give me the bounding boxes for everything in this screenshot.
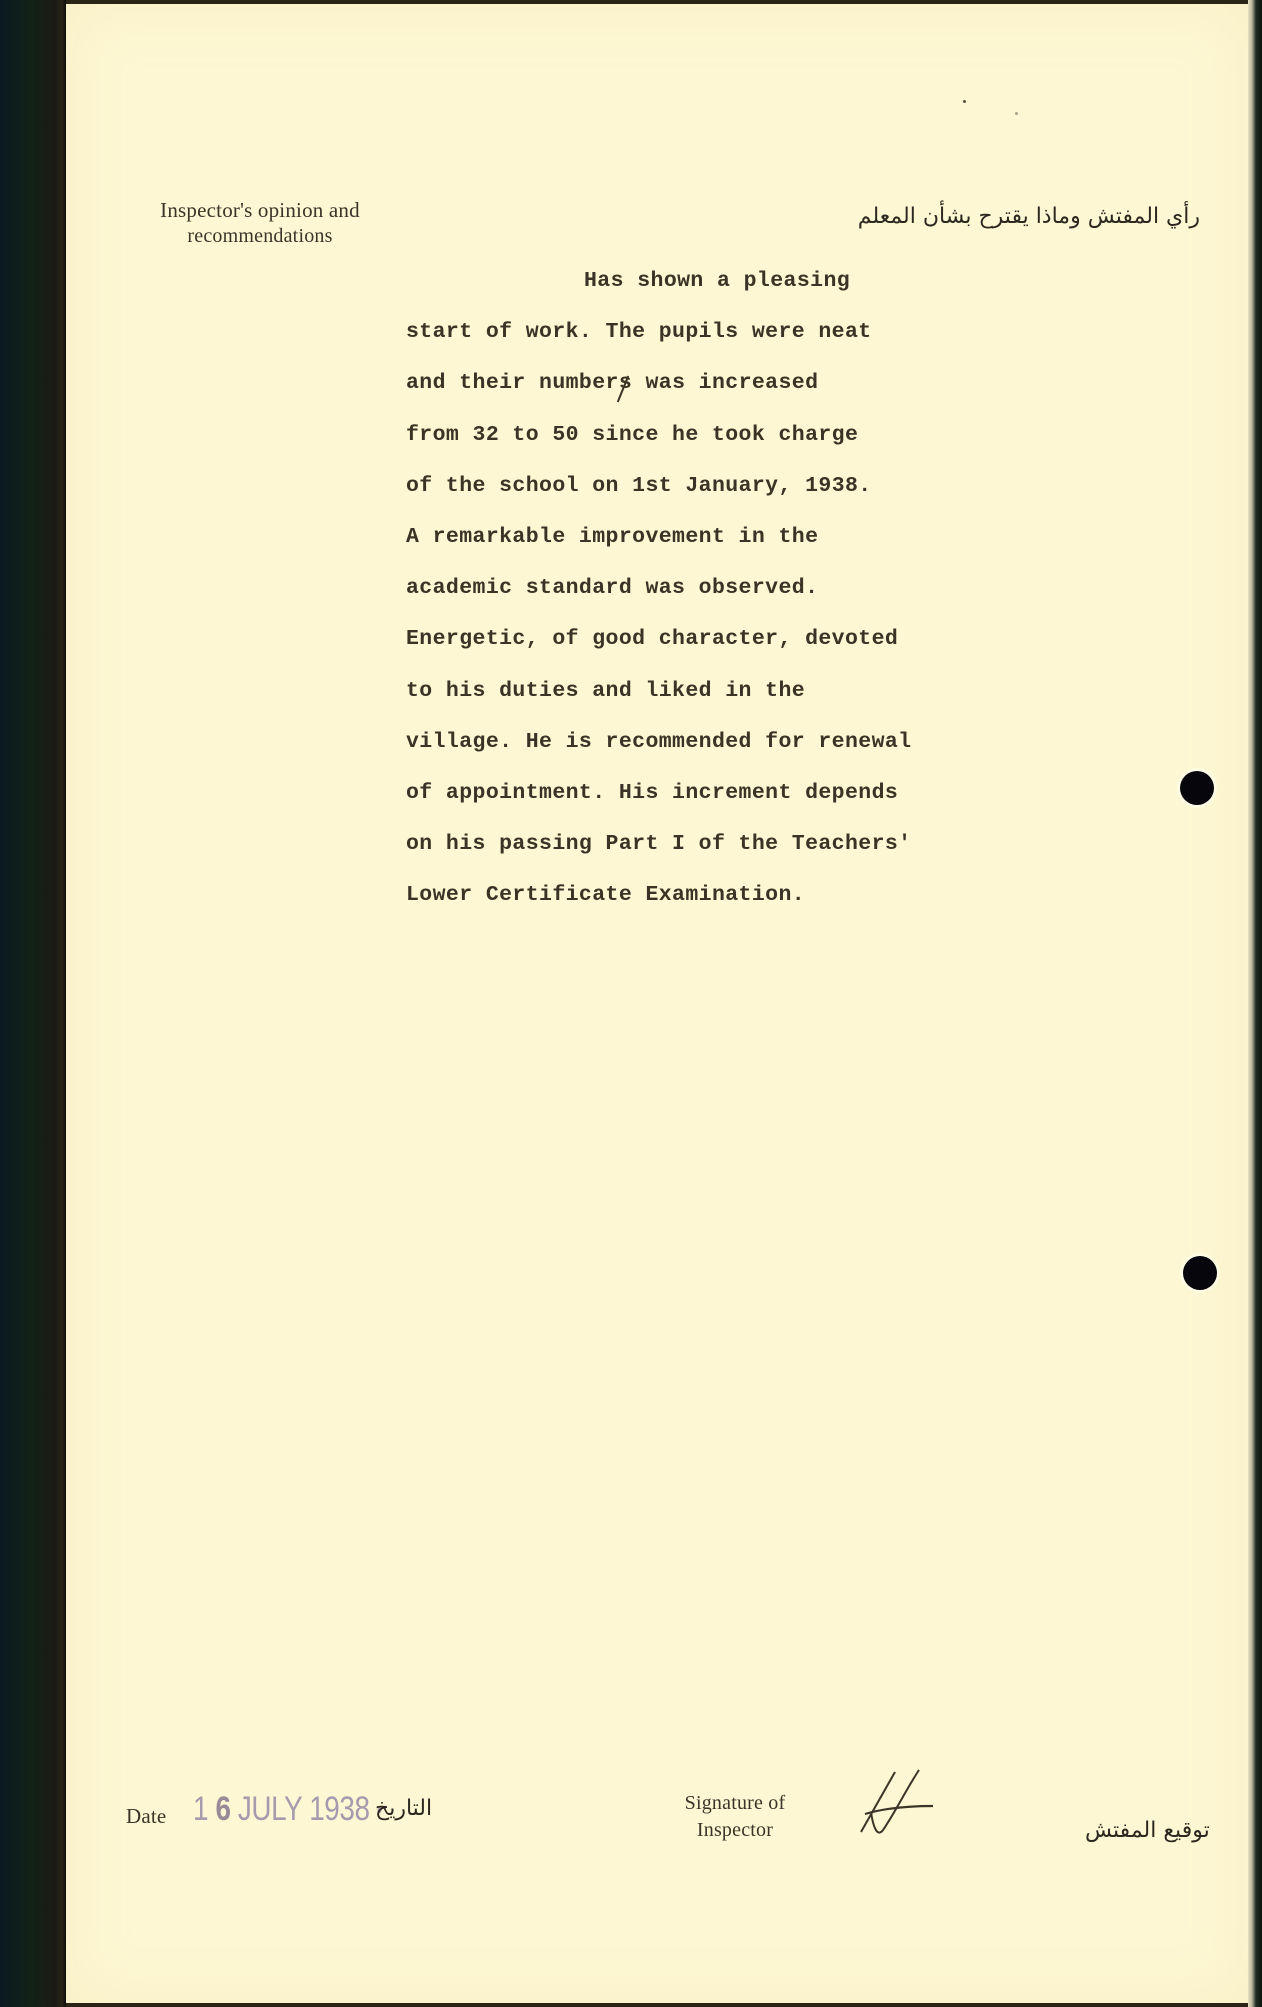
date-stamp: 1 6 JULY 1938 • (193, 1790, 382, 1829)
typed-segment: January, 1938. (672, 474, 872, 498)
stamp-month-year: JULY 1938 (231, 1790, 370, 1828)
typed-line: from 32 to 50 since he took charge (406, 410, 1026, 461)
typed-line: Energetic, of good character, devoted (406, 614, 1026, 665)
typed-line: Lower Certificate Examination. (406, 870, 1026, 921)
stamp-day-2: 6 (215, 1790, 230, 1828)
typed-line: academic standard was observed. (406, 563, 1026, 614)
typed-segment: and their number (406, 371, 619, 395)
typed-line: on his passing Part I of the Teachers' (406, 819, 1026, 870)
typed-line-with-correction: and their numbers was increased (406, 358, 1026, 409)
typed-line: village. He is recommended for renewal (406, 717, 1026, 768)
speck (963, 100, 966, 103)
signature-label-line1: Signature of (640, 1790, 830, 1817)
signature-label-en: Signature of Inspector (640, 1790, 830, 1844)
typed-line: Has shown a pleasing (406, 256, 1026, 307)
typed-line: A remarkable improvement in the (406, 512, 1026, 563)
punch-hole (1183, 1256, 1217, 1290)
typed-line-with-overtype: of the school on 1st January, 1938. (406, 461, 1026, 512)
typed-line: of appointment. His increment depends (406, 768, 1026, 819)
signature-label-ar: توقيع المفتش (1085, 1818, 1210, 1843)
date-label-ar: التاريخ (375, 1796, 432, 1821)
typed-line: start of work. The pupils were neat (406, 307, 1026, 358)
signature-label-line2: Inspector (640, 1817, 830, 1844)
speck (1015, 112, 1018, 115)
struck-character: s (619, 371, 632, 395)
typed-segment: of the school on (406, 474, 632, 498)
page-top-edge (66, 0, 1262, 4)
signature-mark-icon (855, 1768, 935, 1838)
typed-line: to his duties and liked in the (406, 666, 1026, 717)
opinion-label-en: Inspector's opinion and recommendations (124, 197, 396, 249)
page-right-edge (1248, 0, 1262, 2007)
punch-hole (1180, 771, 1214, 805)
date-label: Date (126, 1803, 166, 1829)
opinion-label-line2: recommendations (124, 223, 396, 249)
opinion-label-line1: Inspector's opinion and (160, 198, 360, 222)
page-bottom-edge (66, 2003, 1262, 2007)
typed-opinion-text: Has shown a pleasing start of work. The … (406, 256, 1026, 921)
overtyped-text: 1st (632, 474, 672, 498)
typed-segment: was increased (632, 371, 818, 395)
scanned-document: Inspector's opinion and recommendations … (0, 0, 1262, 2007)
stamp-day-1: 1 (193, 1790, 208, 1828)
opinion-label-ar: رأي المفتش وماذا يقترح بشأن المعلم (900, 204, 1200, 229)
